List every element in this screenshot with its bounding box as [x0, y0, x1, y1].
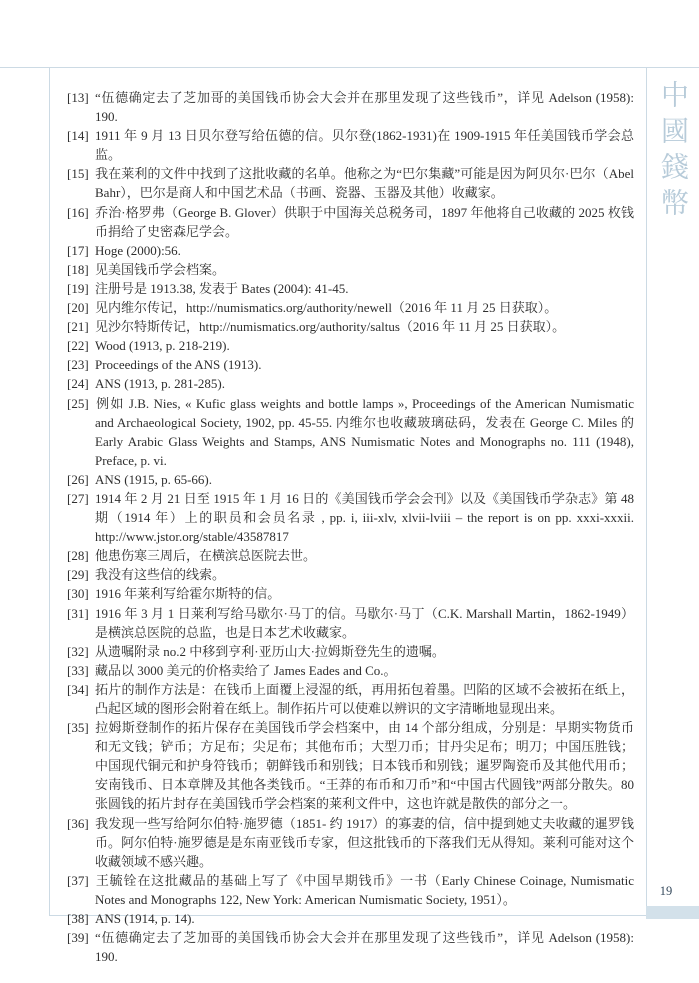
footnote-number: [31]: [67, 604, 90, 623]
footnote-text: Proceedings of the ANS (1913).: [95, 357, 261, 372]
footnote-text: 藏品以 3000 美元的价格卖给了 James Eades and Co.。: [95, 663, 397, 678]
footnote-item: [16]乔治·格罗弗（George B. Glover）供职于中国海关总税务司，…: [67, 203, 634, 241]
footnote-number: [13]: [67, 88, 90, 107]
footnote-text: 1914 年 2 月 21 日至 1915 年 1 月 16 日的《美国钱币学会…: [95, 491, 634, 544]
footnote-number: [21]: [67, 317, 90, 336]
footnote-number: [34]: [67, 680, 90, 699]
footnote-text: ANS (1914, p. 14).: [95, 911, 195, 926]
footnote-text: 从遗嘱附录 no.2 中移到亨利·亚历山大·拉姆斯登先生的遗嘱。: [95, 644, 445, 659]
footnote-item: [31]1916 年 3 月 1 日莱利写给马歇尔·马丁的信。马歇尔·马丁（C.…: [67, 604, 634, 642]
footnote-number: [32]: [67, 642, 90, 661]
footnote-number: [37]: [67, 871, 90, 890]
footnote-item: [25]例如 J.B. Nies, « Kufic glass weights …: [67, 394, 634, 470]
page-left-rule: [49, 67, 50, 915]
footnote-number: [33]: [67, 661, 90, 680]
footnote-item: [20]见内维尔传记，http://numismatics.org/author…: [67, 298, 634, 317]
footnote-text: 1916 年莱利写给霍尔斯特的信。: [95, 586, 280, 601]
journal-title-calligraphy: 中國錢幣: [648, 80, 698, 300]
footnote-item: [29]我没有这些信的线索。: [67, 565, 634, 584]
footnote-item: [26]ANS (1915, p. 65-66).: [67, 470, 634, 489]
footnote-text: Hoge (2000):56.: [95, 243, 181, 258]
footnote-list: [13]“伍德确定去了芝加哥的美国钱币协会大会并在那里发现了这些钱币”，详见 A…: [67, 88, 634, 966]
footnote-number: [28]: [67, 546, 90, 565]
footnote-number: [24]: [67, 374, 90, 393]
page-top-rule: [0, 67, 699, 68]
footnote-item: [23]Proceedings of the ANS (1913).: [67, 355, 634, 374]
footnote-item: [35]拉姆斯登制作的拓片保存在美国钱币学会档案中，由 14 个部分组成，分别是…: [67, 718, 634, 813]
journal-page: [13]“伍德确定去了芝加哥的美国钱币协会大会并在那里发现了这些钱币”，详见 A…: [0, 0, 699, 983]
footnote-text: 我在莱利的文件中找到了这批收藏的名单。他称之为“巴尔集藏”可能是因为阿贝尔·巴尔…: [95, 166, 634, 200]
footnote-number: [30]: [67, 584, 90, 603]
footnote-number: [19]: [67, 279, 90, 298]
footnote-number: [23]: [67, 355, 90, 374]
footnote-item: [28]他患伤寒三周后，在横滨总医院去世。: [67, 546, 634, 565]
footnote-item: [21]见沙尔特斯传记，http://numismatics.org/autho…: [67, 317, 634, 336]
footnote-text: 他患伤寒三周后，在横滨总医院去世。: [95, 548, 316, 563]
footnote-item: [34]拓片的制作方法是：在钱币上面覆上浸湿的纸，再用拓包着墨。凹陷的区域不会被…: [67, 680, 634, 718]
footnote-text: 1911 年 9 月 13 日贝尔登写给伍德的信。贝尔登(1862-1931)在…: [95, 128, 634, 162]
footnote-item: [32]从遗嘱附录 no.2 中移到亨利·亚历山大·拉姆斯登先生的遗嘱。: [67, 642, 634, 661]
footnote-text: 拓片的制作方法是：在钱币上面覆上浸湿的纸，再用拓包着墨。凹陷的区域不会被拓在纸上…: [95, 682, 634, 716]
footnote-text: 王毓铨在这批藏品的基础上写了《中国早期钱币》一书（Early Chinese C…: [95, 873, 634, 907]
footnote-number: [27]: [67, 489, 90, 508]
footnote-text: 拉姆斯登制作的拓片保存在美国钱币学会档案中，由 14 个部分组成，分别是：早期实…: [95, 720, 634, 811]
footnote-item: [17]Hoge (2000):56.: [67, 241, 634, 260]
folio-bar: [646, 906, 699, 919]
footnote-number: [38]: [67, 909, 90, 928]
footnote-text: 我发现一些写给阿尔伯特·施罗德（1851- 约 1917）的寡妻的信，信中提到她…: [95, 816, 634, 869]
footnote-number: [15]: [67, 164, 90, 183]
footnote-text: 注册号是 1913.38, 发表于 Bates (2004): 41-45.: [95, 281, 348, 296]
footnote-item: [30]1916 年莱利写给霍尔斯特的信。: [67, 584, 634, 603]
footnote-item: [27]1914 年 2 月 21 日至 1915 年 1 月 16 日的《美国…: [67, 489, 634, 546]
footnote-item: [39]“伍德确定去了芝加哥的美国钱币协会大会并在那里发现了这些钱币”，详见 A…: [67, 928, 634, 966]
footnote-text: 见沙尔特斯传记，http://numismatics.org/authority…: [95, 319, 565, 334]
footnote-text: 例如 J.B. Nies, « Kufic glass weights and …: [95, 396, 634, 468]
footnote-number: [26]: [67, 470, 90, 489]
footnote-text: 1916 年 3 月 1 日莱利写给马歇尔·马丁的信。马歇尔·马丁（C.K. M…: [95, 606, 634, 640]
footnote-number: [14]: [67, 126, 90, 145]
footnote-text: ANS (1915, p. 65-66).: [95, 472, 212, 487]
footnote-item: [13]“伍德确定去了芝加哥的美国钱币协会大会并在那里发现了这些钱币”，详见 A…: [67, 88, 634, 126]
footnote-item: [15]我在莱利的文件中找到了这批收藏的名单。他称之为“巴尔集藏”可能是因为阿贝…: [67, 164, 634, 202]
page-right-rule: [646, 67, 647, 907]
footnote-number: [29]: [67, 565, 90, 584]
footnote-item: [19]注册号是 1913.38, 发表于 Bates (2004): 41-4…: [67, 279, 634, 298]
footnote-text: 见美国钱币学会档案。: [95, 262, 225, 277]
footnote-text: “伍德确定去了芝加哥的美国钱币协会大会并在那里发现了这些钱币”，详见 Adels…: [95, 930, 634, 964]
footnote-item: [37]王毓铨在这批藏品的基础上写了《中国早期钱币》一书（Early Chine…: [67, 871, 634, 909]
footnote-item: [18]见美国钱币学会档案。: [67, 260, 634, 279]
footnote-text: 见内维尔传记，http://numismatics.org/authority/…: [95, 300, 557, 315]
footnote-item: [14]1911 年 9 月 13 日贝尔登写给伍德的信。贝尔登(1862-19…: [67, 126, 634, 164]
footnote-number: [35]: [67, 718, 90, 737]
footnote-item: [36]我发现一些写给阿尔伯特·施罗德（1851- 约 1917）的寡妻的信，信…: [67, 814, 634, 871]
footnote-item: [33]藏品以 3000 美元的价格卖给了 James Eades and Co…: [67, 661, 634, 680]
page-number: 19: [646, 884, 686, 899]
footnote-item: [24]ANS (1913, p. 281-285).: [67, 374, 634, 393]
footnote-text: “伍德确定去了芝加哥的美国钱币协会大会并在那里发现了这些钱币”，详见 Adels…: [95, 90, 634, 124]
footnote-text: ANS (1913, p. 281-285).: [95, 376, 225, 391]
footnote-item: [22]Wood (1913, p. 218-219).: [67, 336, 634, 355]
footnote-number: [25]: [67, 394, 90, 413]
footnote-number: [36]: [67, 814, 90, 833]
footnote-number: [39]: [67, 928, 90, 947]
footnote-number: [16]: [67, 203, 90, 222]
footnote-number: [17]: [67, 241, 90, 260]
footnote-text: 乔治·格罗弗（George B. Glover）供职于中国海关总税务司，1897…: [95, 205, 634, 239]
footnote-number: [20]: [67, 298, 90, 317]
footnote-text: 我没有这些信的线索。: [95, 567, 225, 582]
footnote-text: Wood (1913, p. 218-219).: [95, 338, 230, 353]
footnote-number: [18]: [67, 260, 90, 279]
footnote-number: [22]: [67, 336, 90, 355]
footnote-item: [38]ANS (1914, p. 14).: [67, 909, 634, 928]
